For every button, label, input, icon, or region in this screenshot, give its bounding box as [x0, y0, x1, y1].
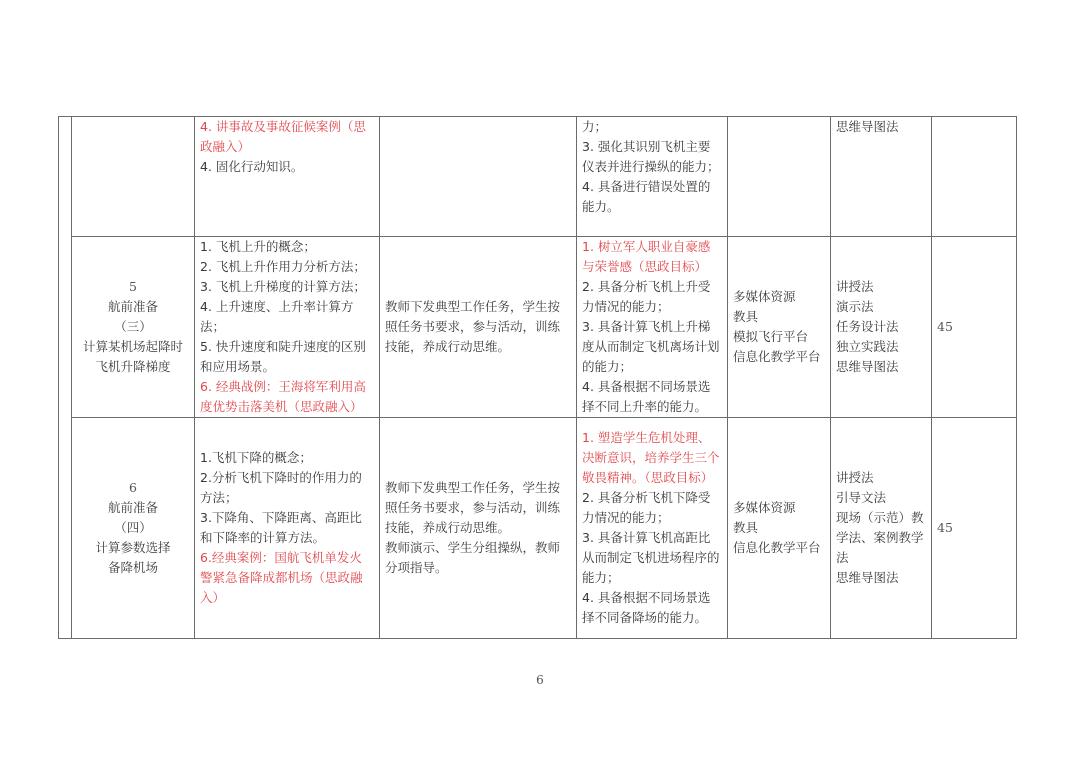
- activity-cell: 教师下发典型工作任务，学生按照任务书要求，参与活动，训练技能，养成行动思维。: [380, 237, 577, 418]
- lesson-cell: 6 航前准备 （四） 计算参数选择 备降机场: [72, 418, 195, 639]
- resource-item: 信息化教学平台: [733, 347, 825, 367]
- content-item: 2.分析飞机下降时的作用力的方法；: [200, 468, 374, 508]
- content-cell: 1. 飞机上升的概念； 2. 飞机上升作用力分析方法； 3. 飞机上升梯度的计算…: [195, 237, 380, 418]
- lesson-cell: [72, 117, 195, 237]
- lesson-title: 航前准备: [77, 297, 189, 317]
- lesson-part: （四）: [77, 518, 189, 538]
- content-item: 4. 固化行动知识。: [200, 157, 374, 177]
- page-number: 6: [0, 673, 1080, 687]
- resource-item: 模拟飞行平台: [733, 327, 825, 347]
- objective-item: 3. 具备计算飞机上升梯度从而制定飞机离场计划的能力；: [582, 317, 722, 377]
- activity-cell: [380, 117, 577, 237]
- objective-item: 4. 具备根据不同场景选择不同上升率的能力。: [582, 377, 722, 417]
- content-item: 5. 快升速度和陡升速度的区别和应用场景。: [200, 337, 374, 377]
- resources-cell: [728, 117, 831, 237]
- method-item: 演示法: [836, 297, 926, 317]
- activity-text: 教师下发典型工作任务，学生按照任务书要求，参与活动，训练技能，养成行动思维。: [385, 478, 571, 538]
- objective-item: 1. 塑造学生危机处理、决断意识，培养学生三个敬畏精神。（思政目标）: [582, 428, 722, 488]
- hours-cell: [932, 117, 1017, 237]
- content-item: 1. 飞机上升的概念；: [200, 237, 374, 257]
- objective-item: 4. 具备根据不同场景选择不同备降场的能力。: [582, 588, 722, 628]
- outer-merged-cell: [59, 117, 72, 639]
- lesson-part: （三）: [77, 317, 189, 337]
- objective-item: 3. 强化其识别飞机主要仪表并进行操纵的能力；: [582, 137, 722, 177]
- resource-item: 多媒体资源: [733, 287, 825, 307]
- table-row: 4. 讲事故及事故征候案例（思政融入） 4. 固化行动知识。 力； 3. 强化其…: [59, 117, 1017, 237]
- methods-cell: 讲授法 演示法 任务设计法 独立实践法 思维导图法: [831, 237, 932, 418]
- objective-item: 4. 具备进行错误处置的能力。: [582, 177, 722, 217]
- objective-item: 2. 具备分析飞机上升受力情况的能力；: [582, 277, 722, 317]
- lesson-subtitle: 备降机场: [77, 558, 189, 578]
- hours-cell: 45: [932, 237, 1017, 418]
- method-item: 思维导图法: [836, 117, 926, 137]
- objective-item: 力；: [582, 117, 722, 137]
- content-item: 3. 飞机上升梯度的计算方法；: [200, 277, 374, 297]
- methods-cell: 思维导图法: [831, 117, 932, 237]
- resources-cell: 多媒体资源 教具 信息化教学平台: [728, 418, 831, 639]
- resource-item: 教具: [733, 518, 825, 538]
- method-item: 思维导图法: [836, 357, 926, 377]
- content-item: 6.经典案例：国航飞机单发火警紧急备降成都机场（思政融入）: [200, 548, 374, 608]
- method-item: 独立实践法: [836, 337, 926, 357]
- objectives-cell: 1. 树立军人职业自豪感与荣誉感（思政目标） 2. 具备分析飞机上升受力情况的能…: [577, 237, 728, 418]
- hours-value: 45: [937, 520, 953, 535]
- objectives-cell: 1. 塑造学生危机处理、决断意识，培养学生三个敬畏精神。（思政目标） 2. 具备…: [577, 418, 728, 639]
- activity-text: 教师下发典型工作任务，学生按照任务书要求，参与活动，训练技能，养成行动思维。: [385, 297, 571, 357]
- objective-item: 3. 具备计算飞机高距比从而制定飞机进场程序的能力；: [582, 528, 722, 588]
- content-item: 1.飞机下降的概念；: [200, 448, 374, 468]
- method-item: 讲授法: [836, 277, 926, 297]
- content-cell: 4. 讲事故及事故征候案例（思政融入） 4. 固化行动知识。: [195, 117, 380, 237]
- objectives-cell: 力； 3. 强化其识别飞机主要仪表并进行操纵的能力； 4. 具备进行错误处置的能…: [577, 117, 728, 237]
- resource-item: 多媒体资源: [733, 498, 825, 518]
- activity-cell: 教师下发典型工作任务，学生按照任务书要求，参与活动，训练技能，养成行动思维。 教…: [380, 418, 577, 639]
- activity-text: 教师演示、学生分组操纵，教师分项指导。: [385, 538, 571, 578]
- resource-item: 信息化教学平台: [733, 538, 825, 558]
- resources-cell: 多媒体资源 教具 模拟飞行平台 信息化教学平台: [728, 237, 831, 418]
- hours-value: 45: [937, 319, 953, 334]
- lesson-subtitle: 计算某机场起降时: [77, 337, 189, 357]
- objective-item: 1. 树立军人职业自豪感与荣誉感（思政目标）: [582, 237, 722, 277]
- method-item: 思维导图法: [836, 568, 926, 588]
- lesson-title: 航前准备: [77, 498, 189, 518]
- methods-cell: 讲授法 引导文法 现场（示范）教学法、案例教学法 思维导图法: [831, 418, 932, 639]
- content-item: 6. 经典战例：王海将军利用高度优势击落美机（思政融入）: [200, 377, 374, 417]
- table-row: 5 航前准备 （三） 计算某机场起降时 飞机升降梯度 1. 飞机上升的概念； 2…: [59, 237, 1017, 418]
- content-cell: 1.飞机下降的概念； 2.分析飞机下降时的作用力的方法； 3.下降角、下降距离、…: [195, 418, 380, 639]
- curriculum-table: 4. 讲事故及事故征候案例（思政融入） 4. 固化行动知识。 力； 3. 强化其…: [58, 116, 1017, 639]
- content-item: 4. 上升速度、上升率计算方法；: [200, 297, 374, 337]
- content-item: 4. 讲事故及事故征候案例（思政融入）: [200, 117, 374, 157]
- resource-item: 教具: [733, 307, 825, 327]
- lesson-subtitle: 计算参数选择: [77, 538, 189, 558]
- content-item: 3.下降角、下降距离、高距比和下降率的计算方法。: [200, 508, 374, 548]
- method-item: 讲授法: [836, 468, 926, 488]
- table-row: 6 航前准备 （四） 计算参数选择 备降机场 1.飞机下降的概念； 2.分析飞机…: [59, 418, 1017, 639]
- content-item: 2. 飞机上升作用力分析方法；: [200, 257, 374, 277]
- lesson-subtitle: 飞机升降梯度: [77, 357, 189, 377]
- method-item: 引导文法: [836, 488, 926, 508]
- lesson-cell: 5 航前准备 （三） 计算某机场起降时 飞机升降梯度: [72, 237, 195, 418]
- objective-item: 2. 具备分析飞机下降受力情况的能力；: [582, 488, 722, 528]
- lesson-number: 5: [77, 277, 189, 297]
- method-item: 任务设计法: [836, 317, 926, 337]
- hours-cell: 45: [932, 418, 1017, 639]
- method-item: 现场（示范）教学法、案例教学法: [836, 508, 926, 568]
- lesson-number: 6: [77, 478, 189, 498]
